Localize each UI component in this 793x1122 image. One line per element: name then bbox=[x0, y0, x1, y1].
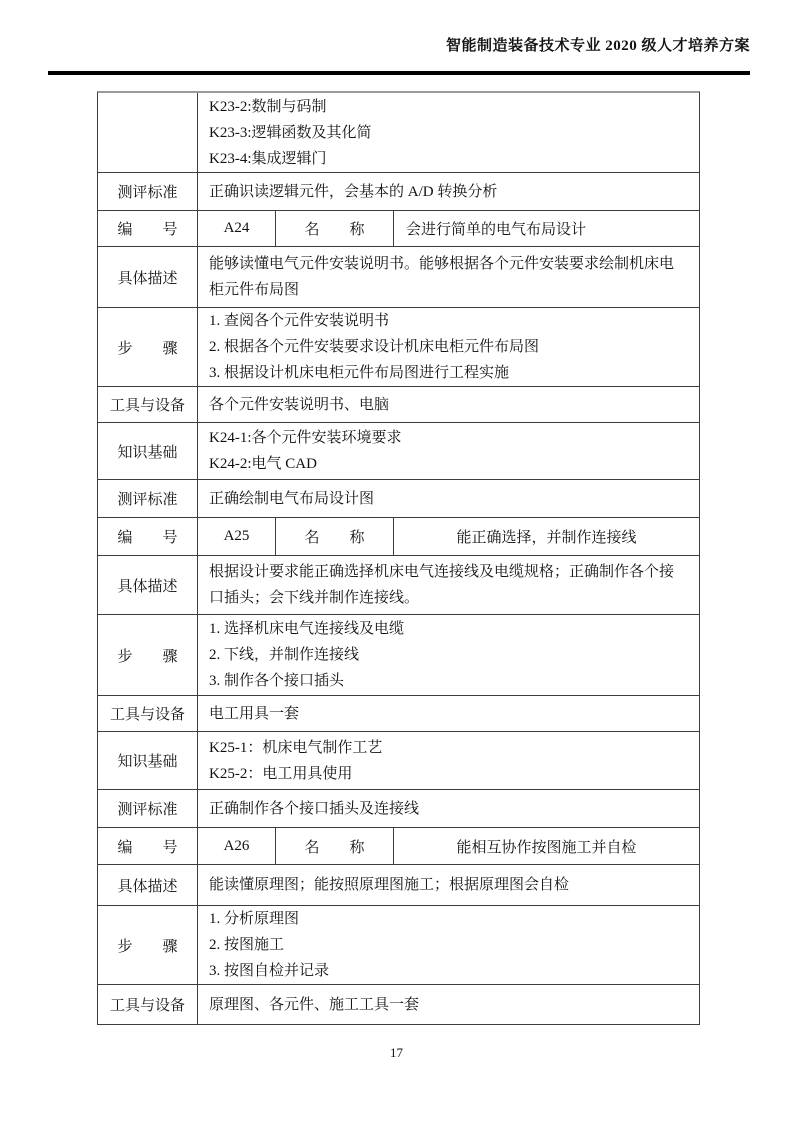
content-line: 各个元件安装说明书、电脑 bbox=[209, 392, 687, 418]
content-line: 电工用具一套 bbox=[209, 701, 687, 727]
row-label-cell: 测评标准 bbox=[98, 480, 198, 517]
row-label-cell: 工具与设备 bbox=[98, 696, 198, 731]
table-row: 工具与设备 原理图、各元件、施工工具一套 bbox=[98, 984, 699, 1024]
name-label-cell: 名 称 bbox=[276, 211, 394, 246]
content-line: K24-1:各个元件安装环境要求 bbox=[209, 425, 687, 451]
content-line: 2. 下线，并制作连接线 bbox=[209, 642, 687, 668]
content-line: 3. 制作各个接口插头 bbox=[209, 668, 687, 694]
name-label-cell: 名 称 bbox=[276, 518, 394, 555]
row-label-cell: 步 骤 bbox=[98, 615, 198, 695]
table-row: 步 骤 1. 选择机床电气连接线及电缆 2. 下线，并制作连接线 3. 制作各个… bbox=[98, 614, 699, 695]
table-row: 步 骤 1. 查阅各个元件安装说明书 2. 根据各个元件安装要求设计机床电柜元件… bbox=[98, 307, 699, 386]
header-title: 智能制造装备技术专业 2020 级人才培养方案 bbox=[48, 36, 750, 56]
table-row: 测评标准 正确绘制电气布局设计图 bbox=[98, 479, 699, 517]
page-number: 17 bbox=[0, 1045, 793, 1061]
row-label-cell: 测评标准 bbox=[98, 790, 198, 827]
content-line: 1. 分析原理图 bbox=[209, 906, 687, 932]
row-content-cell: 各个元件安装说明书、电脑 bbox=[198, 387, 699, 422]
row-label-cell: 工具与设备 bbox=[98, 985, 198, 1024]
content-line: 2. 根据各个元件安装要求设计机床电柜元件布局图 bbox=[209, 334, 687, 360]
content-line: 根据设计要求能正确选择机床电气连接线及电缆规格；正确制作各个接口插头；会下线并制… bbox=[209, 559, 687, 611]
page-header: 智能制造装备技术专业 2020 级人才培养方案 bbox=[0, 0, 793, 75]
table-row: 知识基础 K24-1:各个元件安装环境要求 K24-2:电气 CAD bbox=[98, 422, 699, 479]
table-row: 步 骤 1. 分析原理图 2. 按图施工 3. 按图自检并记录 bbox=[98, 905, 699, 984]
row-content-cell: 1. 选择机床电气连接线及电缆 2. 下线，并制作连接线 3. 制作各个接口插头 bbox=[198, 615, 699, 695]
row-content-cell: 能读懂原理图；能按照原理图施工；根据原理图会自检 bbox=[198, 865, 699, 905]
content-line: K23-2:数制与码制 bbox=[209, 94, 687, 120]
table-row: 测评标准 正确识读逻辑元件，会基本的 A/D 转换分析 bbox=[98, 172, 699, 210]
row-content-cell: K24-1:各个元件安装环境要求 K24-2:电气 CAD bbox=[198, 423, 699, 479]
table-row: 具体描述 能够读懂电气元件安装说明书。能够根据各个元件安装要求绘制机床电柜元件布… bbox=[98, 246, 699, 307]
table-row: K23-2:数制与码制 K23-3:逻辑函数及其化简 K23-4:集成逻辑门 bbox=[98, 93, 699, 172]
content-line: 2. 按图施工 bbox=[209, 932, 687, 958]
content-line: 正确绘制电气布局设计图 bbox=[209, 486, 687, 512]
row-content-cell: 1. 分析原理图 2. 按图施工 3. 按图自检并记录 bbox=[198, 906, 699, 984]
row-content-cell: 正确制作各个接口插头及连接线 bbox=[198, 790, 699, 827]
row-label-cell: 具体描述 bbox=[98, 556, 198, 614]
row-label-cell: 步 骤 bbox=[98, 308, 198, 386]
row-content-cell: 根据设计要求能正确选择机床电气连接线及电缆规格；正确制作各个接口插头；会下线并制… bbox=[198, 556, 699, 614]
table-row-code-a26: 编 号 A26 名 称 能相互协作按图施工并自检 bbox=[98, 827, 699, 864]
content-line: 能够读懂电气元件安装说明书。能够根据各个元件安装要求绘制机床电柜元件布局图 bbox=[209, 251, 687, 303]
row-content-cell: 能够读懂电气元件安装说明书。能够根据各个元件安装要求绘制机床电柜元件布局图 bbox=[198, 247, 699, 307]
name-value-cell: 能正确选择，并制作连接线 bbox=[394, 518, 699, 555]
row-label-cell: 编 号 bbox=[98, 518, 198, 555]
row-label-cell: 步 骤 bbox=[98, 906, 198, 984]
content-line: 3. 根据设计机床电柜元件布局图进行工程实施 bbox=[209, 360, 687, 386]
name-label-cell: 名 称 bbox=[276, 828, 394, 864]
code-cell: A26 bbox=[198, 828, 276, 864]
content-line: 正确制作各个接口插头及连接线 bbox=[209, 796, 687, 822]
table-row: 测评标准 正确制作各个接口插头及连接线 bbox=[98, 789, 699, 827]
row-content-cell: 正确绘制电气布局设计图 bbox=[198, 480, 699, 517]
table-row: 具体描述 能读懂原理图；能按照原理图施工；根据原理图会自检 bbox=[98, 864, 699, 905]
table-row-code-a24: 编 号 A24 名 称 会进行简单的电气布局设计 bbox=[98, 210, 699, 246]
document-page: 智能制造装备技术专业 2020 级人才培养方案 K23-2:数制与码制 K23-… bbox=[0, 0, 793, 1122]
competency-table: K23-2:数制与码制 K23-3:逻辑函数及其化简 K23-4:集成逻辑门 测… bbox=[97, 91, 700, 1025]
content-line: 原理图、各元件、施工工具一套 bbox=[209, 992, 687, 1018]
table-row: 具体描述 根据设计要求能正确选择机床电气连接线及电缆规格；正确制作各个接口插头；… bbox=[98, 555, 699, 614]
row-content-cell: K25-1：机床电气制作工艺 K25-2：电工用具使用 bbox=[198, 732, 699, 789]
row-content-cell: 1. 查阅各个元件安装说明书 2. 根据各个元件安装要求设计机床电柜元件布局图 … bbox=[198, 308, 699, 386]
row-label-cell: 具体描述 bbox=[98, 865, 198, 905]
content-line: K23-3:逻辑函数及其化简 bbox=[209, 120, 687, 146]
row-label-cell: 工具与设备 bbox=[98, 387, 198, 422]
name-value-cell: 会进行简单的电气布局设计 bbox=[394, 211, 699, 246]
row-label-cell bbox=[98, 93, 198, 172]
content-line: K24-2:电气 CAD bbox=[209, 451, 687, 477]
row-content-cell: 电工用具一套 bbox=[198, 696, 699, 731]
row-content-cell: 正确识读逻辑元件，会基本的 A/D 转换分析 bbox=[198, 173, 699, 210]
header-rule bbox=[48, 71, 750, 75]
row-label-cell: 知识基础 bbox=[98, 423, 198, 479]
content-line: K25-1：机床电气制作工艺 bbox=[209, 735, 687, 761]
content-line: 1. 选择机床电气连接线及电缆 bbox=[209, 616, 687, 642]
table-row: 工具与设备 各个元件安装说明书、电脑 bbox=[98, 386, 699, 422]
content-line: 1. 查阅各个元件安装说明书 bbox=[209, 308, 687, 334]
code-cell: A25 bbox=[198, 518, 276, 555]
row-label-cell: 编 号 bbox=[98, 828, 198, 864]
content-line: 能读懂原理图；能按照原理图施工；根据原理图会自检 bbox=[209, 872, 687, 898]
table-row-code-a25: 编 号 A25 名 称 能正确选择，并制作连接线 bbox=[98, 517, 699, 555]
content-line: 3. 按图自检并记录 bbox=[209, 958, 687, 984]
row-content-cell: K23-2:数制与码制 K23-3:逻辑函数及其化简 K23-4:集成逻辑门 bbox=[198, 93, 699, 172]
content-line: K25-2：电工用具使用 bbox=[209, 761, 687, 787]
row-content-cell: 原理图、各元件、施工工具一套 bbox=[198, 985, 699, 1024]
name-value-cell: 能相互协作按图施工并自检 bbox=[394, 828, 699, 864]
code-cell: A24 bbox=[198, 211, 276, 246]
row-label-cell: 编 号 bbox=[98, 211, 198, 246]
content-line: 正确识读逻辑元件，会基本的 A/D 转换分析 bbox=[209, 179, 687, 205]
table-row: 工具与设备 电工用具一套 bbox=[98, 695, 699, 731]
content-line: K23-4:集成逻辑门 bbox=[209, 146, 687, 172]
row-label-cell: 测评标准 bbox=[98, 173, 198, 210]
row-label-cell: 知识基础 bbox=[98, 732, 198, 789]
table-row: 知识基础 K25-1：机床电气制作工艺 K25-2：电工用具使用 bbox=[98, 731, 699, 789]
row-label-cell: 具体描述 bbox=[98, 247, 198, 307]
